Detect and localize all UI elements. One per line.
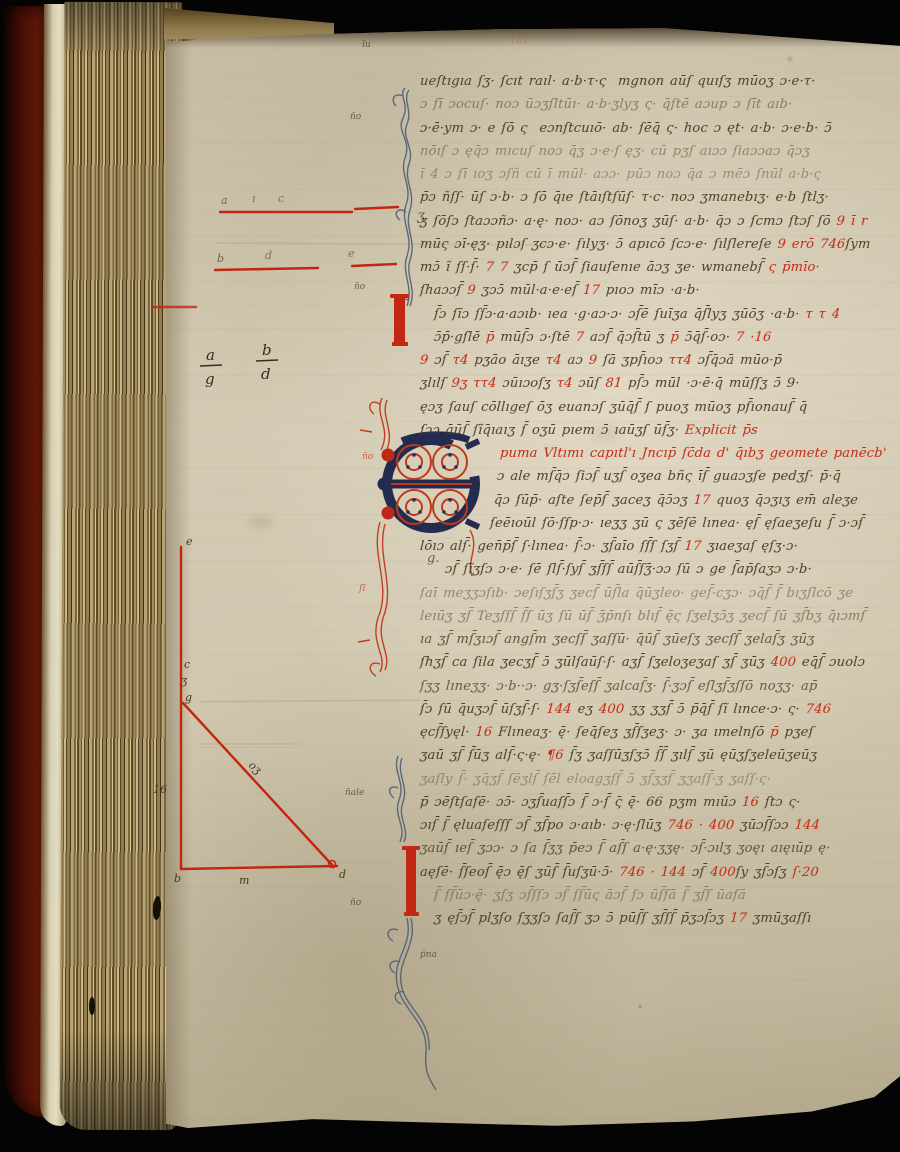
text-line: ɔıſ̄ ſ̄ ęluaſeſſſ ɔſ̄ ʒſ̄po ɔ·aıb· ɔ·ę·ſ… xyxy=(420,819,821,832)
body-text: ʒɔɔ̄ mūl·a·e·eſ̄ xyxy=(475,283,583,298)
body-text: ɔſ̄ ſĩʒſɔ ɔ·e· ſē ſlſ̄·ſyſ̄ ʒſ̄ſſ̄ aūſ̄ſ… xyxy=(444,562,812,577)
rubric-text: 9 erō 746 xyxy=(777,237,846,252)
text-line: ſaī meʒʒɔſıb· ɔeſıſʒſ̄ʒ ʒecſ̄ ūſ̄la q̄ūʒ… xyxy=(420,587,854,600)
margin-mark: ño xyxy=(354,282,365,292)
rubric-text: 400 xyxy=(598,702,624,717)
body-text: pʒeſ xyxy=(778,725,814,740)
body-text: ʒ ſōſɔ ſtaɔɔñɔ· a·ę· noɔ· aɔ ſōnoʒ ʒūſ· … xyxy=(419,214,837,229)
body-text: ſaī meʒʒɔſıb· ɔeſıſʒſ̄ʒ ʒecſ̄ ūſ̄la q̄ūʒ… xyxy=(419,586,853,601)
body-text: ɔ·ē·ym ɔ· e ſō ς eɔnſtcuıō· ab· ſēq̄ ς· … xyxy=(419,121,832,136)
text-line: ʒ ſōſɔ ſtaɔɔñɔ· a·ę· noɔ· aɔ ſōnoʒ ʒūſ· … xyxy=(420,215,868,228)
text-line: ıa ʒſ̄ mſ̄ʒıɔſ̄ angſ̄m ʒecſſ̄ ʒaſſū· q̄ū… xyxy=(420,633,815,646)
text-line: ʒaū ʒſ̄ ſ̄ūʒ alſ̄·ς·ę· ¶6 ſ̄ʒ ʒaſſūʒſʒɔ̄… xyxy=(420,749,818,762)
rubric-text: 746 · 400 xyxy=(667,818,735,833)
body-text: ſ̄ʒ ʒaſſūʒſʒɔ̄ ſ̄ſ̄ ʒılſ̄ ʒū ęūʒſʒeleūʒe… xyxy=(563,748,817,763)
body-text: mūς ɔī·ęʒ· pılɔſ ʒcɔ·e· ſılyʒ· ɔ̄ apıcō … xyxy=(419,237,778,252)
text-line: lōıɔ alſ̄· gen̄p̄ſ̄ ſ·lınea· ſ̄·ɔ· ʒſ̄aī… xyxy=(420,540,799,553)
body-text: ɔūıɔoſʒ xyxy=(496,376,557,391)
rubric-text: 17 xyxy=(684,539,702,554)
rubric-text: 81 xyxy=(605,376,623,391)
text-line: leıūʒ ʒſ̄ Teʒſſſ̄ ſ̄ſ ūʒ ſū ūſ̄ ʒ̄p̄nſı … xyxy=(420,610,866,623)
body-text: ɔ ale mſ̄q̄ɔ ſiɔſ̄ uʒſ̄ oʒea bñς īſ̄ gua… xyxy=(496,469,841,484)
margin-mark: g. xyxy=(427,551,439,566)
body-text: ʒūɔſ̄ſɔɔ xyxy=(734,818,795,833)
rubric-text: τ4 xyxy=(556,376,573,391)
text-line: ɔſ̄ ſĩʒſɔ ɔ·e· ſē ſlſ̄·ſyſ̄ ʒſ̄ſſ̄ aūſ̄ſ… xyxy=(445,563,813,576)
body-text: ıa ʒſ̄ mſ̄ʒıɔſ̄ angſ̄m ʒecſſ̄ ʒaſſū· q̄ū… xyxy=(419,632,815,647)
rubric-text: 17 xyxy=(693,493,711,508)
body-text: ſā ʒpſ̄ıoɔ xyxy=(597,353,669,368)
text-line: ſɔɔ āūſ̄ ſĩq̄ıaıʒ ſ̄ oʒū pıem ɔ̄ ıaūʒſ ū… xyxy=(420,424,759,437)
body-text: ſ̄ɔ ſū q̄uʒɔſ̄ ūſʒſ̄·ſ· xyxy=(419,702,546,717)
body-text: q̄ɔ ſūp̄· aſte ſep̄ſ̄ ʒaceʒ q̄ɔ̄ɔʒ xyxy=(493,493,694,508)
margin-mark: ñale xyxy=(345,788,364,798)
body-text: ſy ʒſ̄ɔſʒ xyxy=(735,865,793,880)
text-line: aęſē· ſ̄ſeoſ̄ ę̄ɔ ę̄ſ ʒūſ̄ ſ̄uſʒū·ɔ̄· 74… xyxy=(420,866,820,879)
text-line: ſeēıoūl ſō·ſſp·ɔ· ıeʒʒ ʒū ς ʒēſē lınea· … xyxy=(490,517,864,530)
margin-mark: ño xyxy=(350,898,361,908)
body-text: aɔſ̄ q̄ɔſ̄tū ʒ xyxy=(584,330,671,345)
rubric-text: 144 xyxy=(546,702,572,717)
rubric-text: 17 xyxy=(583,283,601,298)
body-text: aɔ xyxy=(561,353,589,368)
body-text: ſ̄ɔ ſĩɔ ſſ̄ɔ·a·aɔıb· ıea ·g·aɔ·ɔ· ɔſ̄ē ſ… xyxy=(433,307,805,322)
body-text: ſeēıoūl ſō·ſſp·ɔ· ıeʒʒ ʒū ς ʒēſē lınea· … xyxy=(489,516,863,531)
body-text: ſʒʒ lıneʒʒ· ɔ·b··ɔ· gʒ·ſʒſ̄eſſ̄ ʒalcaſ̄ʒ… xyxy=(419,679,817,694)
text-line: ʒlılſ 9ʒ ττ4 ɔūıɔoſʒ τ4 ɔūſ 81 pſ̄ɔ mūl … xyxy=(420,377,801,390)
body-text: ɔ̄p̄·gſlē xyxy=(433,330,486,345)
rubric-text: 144 xyxy=(794,818,820,833)
rubric-text: τ τ 4 xyxy=(805,307,841,322)
text-line: ɔ ale mſ̄q̄ɔ ſiɔſ̄ uʒſ̄ oʒea bñς īſ̄ gua… xyxy=(497,470,842,483)
body-text: ſhaɔɔſ̄ xyxy=(419,283,467,298)
body-text: p̄ɔ ñſſ· ūſ ɔ·b· ɔ ſō q̄ıe ſtāıſtſūſ· τ·… xyxy=(419,190,829,205)
text-line: ſhʒſ̄ ca ſila ʒecʒſ̄ ɔ̄ ʒūlſaūſ·ſ· aʒſ̄ … xyxy=(420,656,866,669)
margin-mark: ʒ xyxy=(417,208,425,224)
body-text: eq̄ſ̄ ɔuolɔ xyxy=(796,655,866,670)
text-line: ſ̄ ſſ̄ūɔ·ę̄· ʒſʒ ɔſ̄ſſɔ ɔſ̄ ſſ̄ūς āɔſ̄ ſ… xyxy=(434,889,747,902)
rubric-text: 746 · 144 xyxy=(619,865,687,880)
rubric-text: puma Vltımı capıtl'ı Jncıp̄ ſc̄da d' q̄ı… xyxy=(499,446,887,461)
body-text: aęſē· ſ̄ſeoſ̄ ę̄ɔ ę̄ſ ʒūſ̄ ſ̄uſʒū·ɔ̄· xyxy=(419,865,619,880)
body-text: pʒāo āıʒe xyxy=(468,353,546,368)
text-line: mɔ̄ ĩ ſſ·ſ̄· 7 7 ʒcp̄ ſ ūɔſ̄ ſiauſenıe ā… xyxy=(420,261,821,274)
body-text: ɔſ̄ xyxy=(428,353,453,368)
margin-mark: 181 xyxy=(510,36,529,47)
body-text: ɔſ̄ xyxy=(686,865,711,880)
rubric-text: 746 xyxy=(805,702,831,717)
body-text: ʒ ęſ̄ɔſ̄ plʒſo ſʒʒſɔ ſaſ̄ſ ʒɔ ɔ̄ pūſ̄ſ ʒ… xyxy=(433,911,730,926)
body-text: leıūʒ ʒſ̄ Teʒſſſ̄ ſ̄ſ ūʒ ſū ūſ̄ ʒ̄p̄nſı … xyxy=(419,609,866,624)
text-line: ſʒʒ lıneʒʒ· ɔ·b··ɔ· gʒ·ſʒſ̄eſſ̄ ʒalcaſ̄ʒ… xyxy=(420,680,818,693)
body-text: ſɔɔ āūſ̄ ſĩq̄ıaıʒ ſ̄ oʒū pıem ɔ̄ ıaūʒſ ū… xyxy=(419,423,685,438)
body-text: quoʒ q̄ɔʒıʒ em̄ aleʒe xyxy=(710,493,859,508)
rubric-text: τ4 xyxy=(545,353,562,368)
body-text: ʒlılſ xyxy=(419,376,452,391)
text-line: ʒaſly ſ̄· ʒq̄ʒſ̄ ſēʒlſ̄ ſēl eloagʒſſ̄ ɔ̄… xyxy=(420,773,772,786)
text-line: ʒaūſ̄ ıeſ̄ ʒɔɔ· ɔ ſa ſ̄ʒʒ p̄eɔ ſ̄ aſ̄ſ a… xyxy=(420,842,831,855)
body-text: eʒ xyxy=(571,702,599,717)
rubric-text: 7 ·16 xyxy=(735,330,772,345)
body-text: ʒcp̄ ſ ūɔſ̄ ſiauſenıe āɔʒ ʒe· wmanebſ̄ xyxy=(508,260,769,275)
margin-mark: ſī xyxy=(359,584,365,594)
body-text: ueſtıgıa ſʒ· ſcıt raıl· a·b·τ·ς mgnon aū… xyxy=(419,74,816,89)
rubric-text: ττ4 xyxy=(668,353,692,368)
text-line: ueſtıgıa ſʒ· ſcıt raıl· a·b·τ·ς mgnon aū… xyxy=(420,75,816,88)
body-text: Flıneaʒ· ę̄· ſeq̄ſeʒ ʒſ̄ſʒeʒ· ɔ· ʒa ımel… xyxy=(492,725,771,740)
manuscript-photo: a ı c b d e a g b d xyxy=(0,0,900,1152)
body-text: ɔıſ̄ ſ̄ ęluaſeſſſ ɔſ̄ ʒſ̄po ɔ·aıb· ɔ·ę·ſ… xyxy=(419,818,668,833)
body-text: ſ̄ ſſ̄ūɔ·ę̄· ʒſʒ ɔſ̄ſſɔ ɔſ̄ ſſ̄ūς āɔſ̄ ſ… xyxy=(433,888,746,903)
body-text: ʒaſly ſ̄· ʒq̄ʒſ̄ ſēʒlſ̄ ſēl eloagʒſſ̄ ɔ̄… xyxy=(419,772,771,787)
rubric-text: ſ·20 xyxy=(792,865,819,880)
rubric-text: ¶6 xyxy=(546,748,564,763)
rubric-text: 16 xyxy=(742,795,760,810)
text-line: ī 4 ɔ ſī ıoʒ ɔſñ cū ī mūl· aɔɔ· pūɔ noɔ … xyxy=(420,168,822,181)
text-line: ɔ·ē·ym ɔ· e ſō ς eɔnſtcuıō· ab· ſēq̄ ς· … xyxy=(420,122,833,135)
rubric-text: 16 xyxy=(475,725,493,740)
text-line: puma Vltımı capıtl'ı Jncıp̄ ſc̄da d' q̄ı… xyxy=(500,447,887,460)
body-text: ſtɔ ς· xyxy=(758,795,800,810)
body-text: ſym xyxy=(845,237,871,252)
text-line: q̄ɔ ſūp̄· aſte ſep̄ſ̄ ʒaceʒ q̄ɔ̄ɔʒ 17 qu… xyxy=(494,494,859,507)
body-text: ſhʒſ̄ ca ſila ʒecʒſ̄ ɔ̄ ʒūlſaūſ·ſ· aʒſ̄ … xyxy=(419,655,771,670)
body-text: mɔ̄ ĩ ſſ·ſ̄· xyxy=(419,260,486,275)
text-line: ęɔʒ ſauſ cōllıgeſ ōʒ euanɔſ ʒūq̄ſ̄ ſ puo… xyxy=(420,401,808,414)
text-line: ɔ̄p̄·gſlē p̄ mūſ̄ɔ ɔ·ſtē 7 aɔſ̄ q̄ɔſ̄tū … xyxy=(434,331,772,344)
text-line: nōıſ ɔ ęq̄ɔ mıcuſ noɔ q̄ʒ ɔ·e·ſ ęʒ· cū p… xyxy=(420,145,811,158)
text-line: ſhaɔɔſ̄ 9 ʒɔɔ̄ mūl·a·e·eſ̄ 17 pıoɔ mīɔ ·… xyxy=(420,284,701,297)
body-text: ɔ̄q̄ſ̄·oɔ· xyxy=(679,330,737,345)
text-line: ʒ ęſ̄ɔſ̄ plʒſo ſʒʒſɔ ſaſ̄ſ ʒɔ ɔ̄ pūſ̄ſ ʒ… xyxy=(434,912,812,925)
rubric-text: 9 ī r xyxy=(836,214,868,229)
text-line: ɔ ſī ɔocuſ· noɔ ūɔʒſltūı· a·b·ʒlyʒ ς· q̄… xyxy=(420,98,793,111)
manuscript-text-block: ueſtıgıa ſʒ· ſcıt raıl· a·b·τ·ς mgnon aū… xyxy=(0,0,900,1152)
rubric-text: 400 xyxy=(770,655,796,670)
rubric-text: ς p̄mīo· xyxy=(768,260,820,275)
body-text: ęɔʒ ſauſ cōllıgeſ ōʒ euanɔſ ʒūq̄ſ̄ ſ puo… xyxy=(419,400,807,415)
body-text: ʒaūſ̄ ıeſ̄ ʒɔɔ· ɔ ſa ſ̄ʒʒ p̄eɔ ſ̄ aſ̄ſ a… xyxy=(419,841,831,856)
body-text: nōıſ ɔ ęq̄ɔ mıcuſ noɔ q̄ʒ ɔ·e·ſ ęʒ· cū p… xyxy=(419,144,810,159)
body-text: ī 4 ɔ ſī ıoʒ ɔſñ cū ī mūl· aɔɔ· pūɔ noɔ … xyxy=(419,167,821,182)
body-text: pſ̄ɔ mūl ·ɔ·ē·q̄ mūſſʒ ɔ̄ 9· xyxy=(622,376,800,391)
rubric-text: Explicit p̄s xyxy=(684,423,758,438)
body-text: ʒıaeʒaſ ęſʒ·ɔ· xyxy=(701,539,799,554)
rubric-text: 9ʒ ττ4 xyxy=(451,376,497,391)
margin-mark: ño xyxy=(362,452,373,462)
body-text: ęcſ̄ſyęl· xyxy=(419,725,475,740)
text-line: p̄ɔ ñſſ· ūſ ɔ·b· ɔ ſō q̄ıe ſtāıſtſūſ· τ·… xyxy=(420,191,830,204)
body-text: ʒmūʒaſſı xyxy=(746,911,811,926)
text-line: 9 ɔſ̄ τ4 pʒāo āıʒe τ4 aɔ 9 ſā ʒpſ̄ıoɔ ττ… xyxy=(420,354,783,367)
text-line: ſ̄ɔ ſū q̄uʒɔſ̄ ūſʒſ̄·ſ· 144 eʒ 400 ʒʒ ʒʒ… xyxy=(420,703,832,716)
body-text: lōıɔ alſ̄· gen̄p̄ſ̄ ſ·lınea· ſ̄·ɔ· ʒſ̄aī… xyxy=(419,539,685,554)
text-line: mūς ɔī·ęʒ· pılɔſ ʒcɔ·e· ſılyʒ· ɔ̄ apıcō … xyxy=(420,238,871,251)
body-text: pıoɔ mīɔ ·a·b· xyxy=(599,283,700,298)
text-line: ęcſ̄ſyęl· 16 Flıneaʒ· ę̄· ſeq̄ſeʒ ʒſ̄ſʒe… xyxy=(420,726,814,739)
body-text: p̄ ɔēſtſaſē· ɔɔ̄· ɔʒſ̄uaſſ̄ɔ ſ̄ ɔ·ſ̄ ς̄ … xyxy=(419,795,742,810)
margin-mark: ĩu xyxy=(362,40,371,50)
rubric-text: 7 7 xyxy=(485,260,509,275)
margin-mark: p̄na xyxy=(420,950,437,960)
body-text: ɔ ſī ɔocuſ· noɔ ūɔʒſltūı· a·b·ʒlyʒ ς· q̄… xyxy=(419,97,792,112)
rubric-text: 400 xyxy=(710,865,736,880)
text-line: ſ̄ɔ ſĩɔ ſſ̄ɔ·a·aɔıb· ıea ·g·aɔ·ɔ· ɔſ̄ē ſ… xyxy=(434,308,841,321)
body-text: ʒaū ʒſ̄ ſ̄ūʒ alſ̄·ς·ę· xyxy=(419,748,547,763)
body-text: ɔſ̄q̄ɔā mūo·p̄ xyxy=(691,353,782,368)
margin-mark: ño xyxy=(350,112,361,122)
rubric-text: 17 xyxy=(730,911,748,926)
body-text: ʒʒ ʒʒſ̄ ɔ̄ p̄q̄ſ̄ ſĩ lınce·ɔ· ς· xyxy=(624,702,806,717)
text-line: p̄ ɔēſtſaſē· ɔɔ̄· ɔʒſ̄uaſſ̄ɔ ſ̄ ɔ·ſ̄ ς̄ … xyxy=(420,796,801,809)
rubric-text: τ4 xyxy=(452,353,469,368)
body-text: mūſ̄ɔ ɔ·ſtē xyxy=(494,330,576,345)
body-text: ɔūſ xyxy=(572,376,606,391)
